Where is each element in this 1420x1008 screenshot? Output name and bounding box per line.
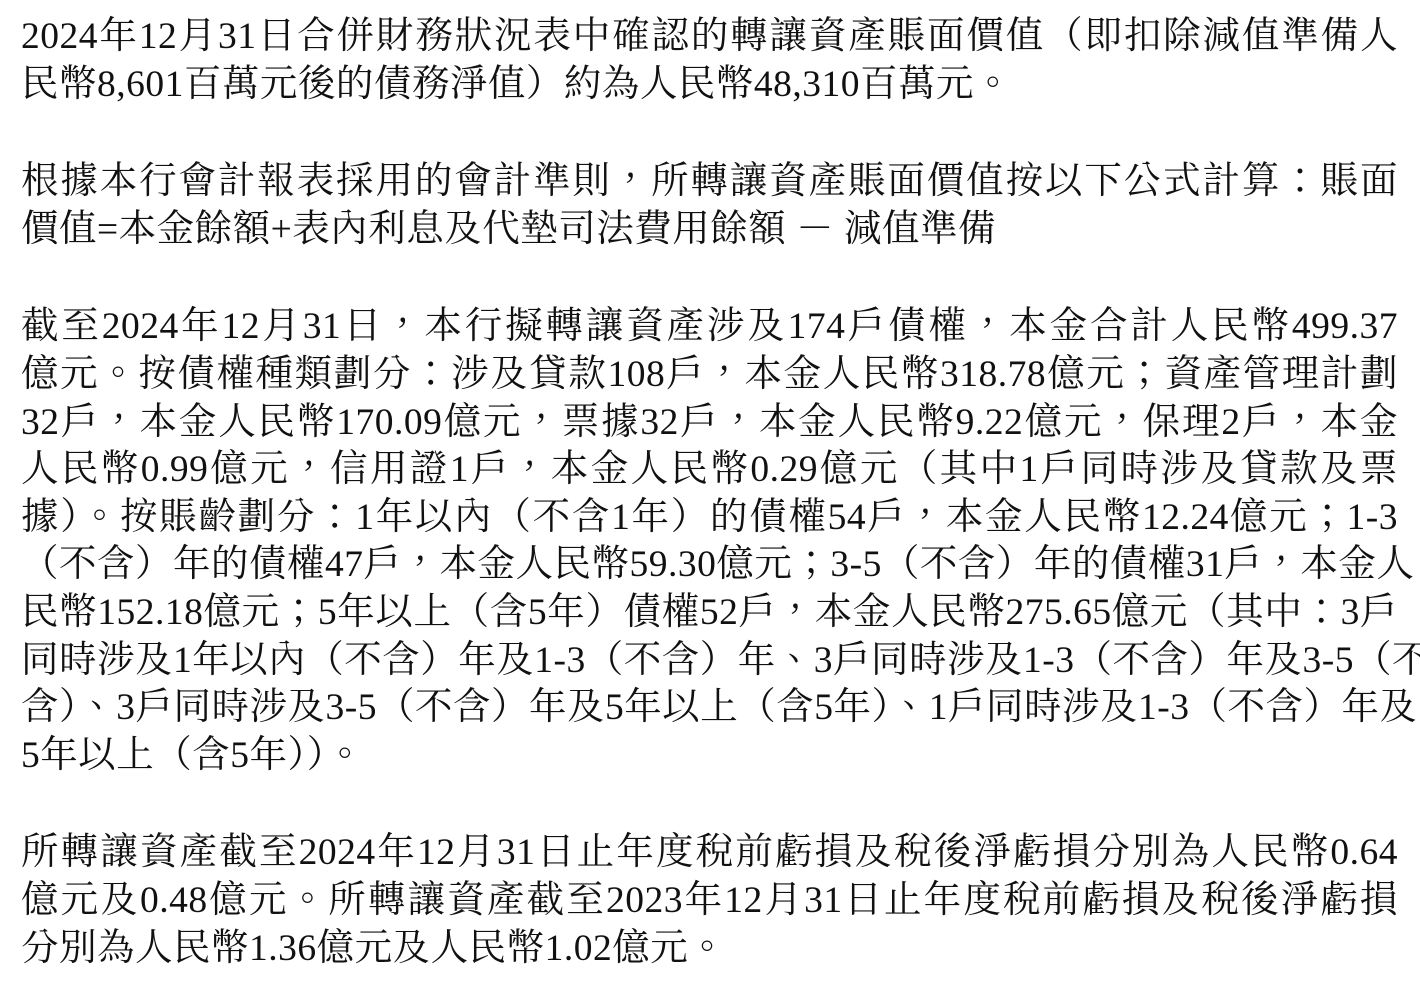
text-line: 人民幣0.99億元，信用證1戶，本金人民幣0.29億元（其中1戶同時涉及貸款及票 [21,446,1398,494]
paragraph-3: 截至2024年12月31日，本行擬轉讓資產涉及174戶債權，本金合計人民幣499… [21,303,1398,779]
text-line: 價值=本金餘額+表內利息及代墊司法費用餘額 － 減值準備 [21,206,1398,254]
text-line: 據）。按賬齡劃分：1年以內（不含1年）的債權54戶，本金人民幣12.24億元；1… [21,494,1398,542]
text-line: 同時涉及1年以內（不含）年及1-3（不含）年、3戶同時涉及1-3（不含）年及3-… [21,637,1398,685]
text-line: 截至2024年12月31日，本行擬轉讓資產涉及174戶債權，本金合計人民幣499… [21,303,1398,351]
text-line: 億元。按債權種類劃分：涉及貸款108戶，本金人民幣318.78億元；資產管理計劃 [21,351,1398,399]
text-line: 5年以上（含5年））。 [21,732,1398,780]
paragraph-1: 2024年12月31日合併財務狀況表中確認的轉讓資產賬面價值（即扣除減值準備人 … [21,13,1398,108]
paragraph-2: 根據本行會計報表採用的會計準則，所轉讓資產賬面價值按以下公式計算：賬面 價值=本… [21,158,1398,253]
text-line: 億元及0.48億元。所轉讓資產截至2023年12月31日止年度稅前虧損及稅後淨虧… [21,877,1398,925]
text-line: 2024年12月31日合併財務狀況表中確認的轉讓資產賬面價值（即扣除減值準備人 [21,13,1398,61]
text-line: 含）、3戶同時涉及3-5（不含）年及5年以上（含5年）、1戶同時涉及1-3（不含… [21,684,1398,732]
text-line: 分別為人民幣1.36億元及人民幣1.02億元。 [21,925,1398,973]
text-line: 根據本行會計報表採用的會計準則，所轉讓資產賬面價值按以下公式計算：賬面 [21,158,1398,206]
page: { "document": { "language": "zh-Hant", "… [0,0,1420,1008]
text-line: （不含）年的債權47戶，本金人民幣59.30億元；3-5（不含）年的債權31戶，… [21,541,1398,589]
document: 2024年12月31日合併財務狀況表中確認的轉讓資產賬面價值（即扣除減值準備人 … [0,0,1420,972]
text-line: 民幣8,601百萬元後的債務淨值）約為人民幣48,310百萬元。 [21,61,1398,109]
text-line: 32戶，本金人民幣170.09億元，票據32戶，本金人民幣9.22億元，保理2戶… [21,399,1398,447]
paragraph-4: 所轉讓資產截至2024年12月31日止年度稅前虧損及稅後淨虧損分別為人民幣0.6… [21,829,1398,972]
text-line: 民幣152.18億元；5年以上（含5年）債權52戶，本金人民幣275.65億元（… [21,589,1398,637]
text-line: 所轉讓資產截至2024年12月31日止年度稅前虧損及稅後淨虧損分別為人民幣0.6… [21,829,1398,877]
